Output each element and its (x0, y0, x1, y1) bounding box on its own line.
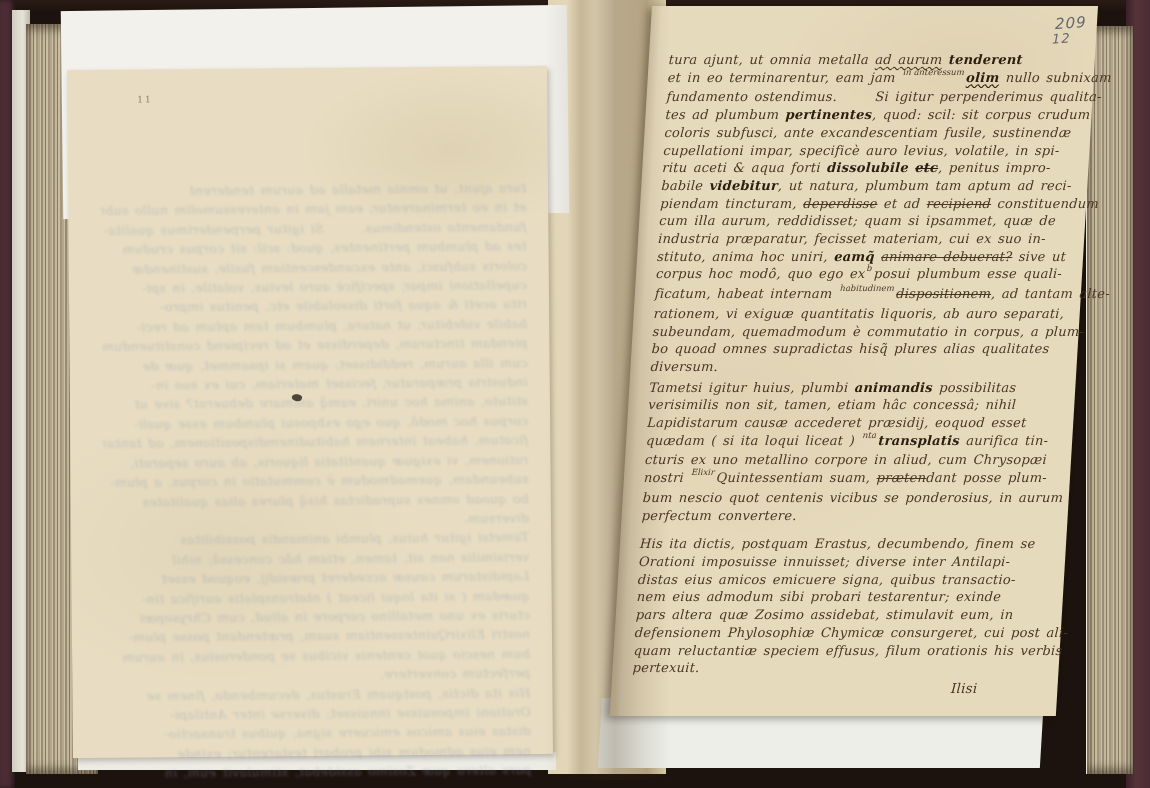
text-segment: cturis ex uno metallino corpore in aliud… (645, 453, 1048, 468)
left-page-corner-mark: 11 (137, 95, 153, 105)
manuscript-line: quædam ( si ita loqui liceat ) ntatransp… (645, 433, 1068, 453)
manuscript-line: nem eius admodum sibi probari testarentu… (636, 589, 1059, 607)
text-segment: tes ad plumbum (665, 108, 786, 123)
manuscript-line: bo quoad omnes supradictas hisq̃ plures … (651, 341, 1074, 359)
text-segment: coloris subfusci, ante excandescentiam f… (664, 126, 1072, 141)
manuscript-line: fundamento ostendimus. Si igitur perpend… (666, 89, 1089, 107)
text-segment: tenderent (948, 53, 1023, 68)
text-segment: tura ajunt, ut omnia metalla (668, 53, 875, 68)
text-segment: quædam ( si ita loqui liceat ) (646, 434, 862, 449)
text-segment: et ad (877, 197, 927, 212)
text-segment: aurifica tin- (959, 434, 1048, 449)
text-segment: nem eius admodum sibi probari testarentu… (636, 590, 1001, 605)
manuscript-line: coloris subfusci, ante excandescentiam f… (664, 125, 1087, 143)
text-segment: eamq̃ (834, 250, 875, 265)
text-segment: defensionem Phylosophiæ Chymicæ consurge… (634, 626, 1068, 641)
manuscript-line: verisimilis non sit, tamen, etiam hâc co… (648, 397, 1071, 415)
leaf-number-pencil: 12 (1052, 31, 1071, 47)
text-segment: sive ut (1012, 250, 1067, 265)
text-segment: in anteressum (903, 68, 965, 78)
text-segment: præten (876, 471, 926, 486)
text-segment: , penitus impro- (938, 161, 1051, 176)
manuscript-line: industria præparatur, fecisset materiam,… (658, 231, 1081, 249)
paragraph: His ita dictis, postquam Erastus, decumb… (632, 536, 1062, 678)
text-segment: babile (661, 179, 710, 194)
text-segment: posui plumbum esse quali- (873, 267, 1062, 282)
text-segment: recipiend (926, 197, 991, 212)
text-segment: verisimilis non sit, tamen, etiam hâc co… (648, 398, 1017, 413)
manuscript-line: quam reluctantiæ speciem effusus, filum … (633, 643, 1056, 661)
text-segment: , quod: scil: sit corpus crudum (872, 108, 1091, 123)
text-segment: Orationi imposuisse innuisset; diverse i… (638, 555, 1010, 570)
page-number-pencil: 209 (1055, 13, 1087, 33)
manuscript-line: tura ajunt, ut omnia metalla ad aurum te… (668, 52, 1091, 70)
text-segment: bum nescio quot centenis vicibus se pond… (642, 491, 1063, 506)
text-segment: possibilitas (932, 381, 1016, 396)
text-segment: quam reluctantiæ speciem effusus, filum … (633, 644, 1063, 659)
text-segment: corpus hoc modô, quo ego ex (656, 267, 866, 282)
manuscript-line: piendam tincturam, deperdisse et ad reci… (660, 196, 1083, 214)
text-segment: pars altera quæ Zosimo assidebat, stimul… (635, 608, 1013, 623)
manuscript-line: distas eius amicos emicuere signa, quibu… (637, 572, 1060, 590)
text-segment: Tametsi igitur huius, plumbi (649, 381, 855, 396)
text-segment: et in eo terminarentur, eam jam (667, 71, 902, 86)
text-segment: constituendum (991, 197, 1100, 212)
text-segment: dissolubile (827, 161, 910, 176)
text-segment: ficatum, habeat internam (654, 287, 839, 302)
manuscript-line: bum nescio quot centenis vicibus se pond… (642, 490, 1065, 508)
left-page: 11 tura ajunt, ut omnia metalla ad aurum… (67, 66, 553, 758)
manuscript-line: Lapidistarum causæ accederet præsidij, e… (647, 415, 1070, 433)
text-segment: bo quoad omnes supradictas hisq̃ plures … (651, 342, 1050, 357)
text-segment: ritu aceti & aqua forti (662, 161, 828, 176)
text-segment: stituto, anima hoc uniri, (657, 250, 835, 265)
manuscript-line: Orationi imposuisse innuisset; diverse i… (638, 554, 1061, 572)
paragraph: Tametsi igitur huius, plumbi animandis p… (641, 380, 1072, 526)
text-segment: olim (966, 71, 1000, 86)
manuscript-line: ritu aceti & aqua forti dissolubile etc,… (662, 160, 1085, 178)
manuscript-line: babile videbitur, ut natura, plumbum tam… (661, 178, 1084, 196)
text-segment: , ad tantam alte- (991, 287, 1111, 302)
text-segment: nta (862, 431, 877, 441)
text-segment: habitudinem (840, 284, 895, 294)
text-segment: nostri (643, 471, 690, 486)
bleedthrough-line: pars altera quæ Zosimo assidebat, stimul… (105, 760, 531, 783)
manuscript-line: rationem, vi exiguæ quantitatis liquoris… (653, 306, 1076, 324)
text-segment: His ita dictis, postquam Erastus, decumb… (640, 537, 1036, 552)
manuscript-line: His ita dictis, postquam Erastus, decumb… (639, 536, 1062, 554)
text-segment: transplatis (878, 434, 960, 449)
manuscript-line: ficatum, habeat internam habitudinemdisp… (654, 286, 1077, 306)
bleedthrough-text: tura ajunt, ut omnia metalla ad aurum te… (100, 178, 531, 788)
manuscript-line: defensionem Phylosophiæ Chymicæ consurge… (634, 625, 1057, 643)
text-segment: dant posse plum- (926, 471, 1048, 486)
manuscript-line: cupellationi impar, specificè auro leviu… (663, 143, 1086, 161)
text-segment: cum illa aurum, reddidisset; quam si ips… (659, 214, 1057, 229)
text-segment: animandis (854, 381, 933, 396)
text-segment: pertexuit. (632, 661, 700, 676)
page-edge-stack-right (1086, 26, 1133, 774)
text-segment: industria præparatur, fecisset materiam,… (658, 232, 1047, 247)
text-segment: cupellationi impar, specificè auro leviu… (663, 144, 1060, 159)
text-segment: distas eius amicos emicuere signa, quibu… (637, 573, 1016, 588)
manuscript-line: pertexuit. (632, 660, 1055, 678)
text-segment: Lapidistarum causæ accederet præsidij, e… (647, 416, 1027, 431)
text-segment: b (866, 264, 872, 274)
text-segment: ad aurum (875, 53, 943, 68)
text-segment: rationem, vi exiguæ quantitatis liquoris… (653, 307, 1064, 322)
text-segment: nullo subnixam (999, 71, 1112, 86)
text-segment: etc (915, 161, 939, 176)
text-segment: Elixir (691, 468, 715, 478)
text-segment: deperdisse (803, 197, 878, 212)
text-segment: fundamento ostendimus. Si igitur perpend… (666, 90, 1102, 105)
manuscript-line: Tametsi igitur huius, plumbi animandis p… (649, 380, 1072, 398)
manuscript-line: cum illa aurum, reddidisset; quam si ips… (659, 213, 1082, 231)
text-segment: dispositionem (896, 287, 992, 302)
text-segment: subeundam, quemadmodum è commutatio in c… (652, 325, 1084, 340)
paragraph: tura ajunt, ut omnia metalla ad aurum te… (650, 52, 1091, 377)
text-segment: animare debuerat? (881, 250, 1013, 265)
manuscript-line: tes ad plumbum pertinentes, quod: scil: … (665, 107, 1088, 125)
text-segment: pertinentes (785, 108, 873, 123)
catchword: Ilisi (631, 681, 1054, 699)
text-segment: perfectum convertere. (641, 509, 797, 524)
right-page: 209 12 tura ajunt, ut omnia metalla ad a… (610, 6, 1098, 716)
manuscript-line: diversum. (650, 359, 1073, 377)
manuscript-text-block: tura ajunt, ut omnia metalla ad aurum te… (631, 52, 1091, 699)
text-segment: videbitur (709, 179, 778, 194)
manuscript-line: nostri ElixirQuintessentiam suam, præten… (643, 470, 1066, 490)
text-segment: piendam tincturam, (660, 197, 804, 212)
manuscript-line: pars altera quæ Zosimo assidebat, stimul… (635, 607, 1058, 625)
manuscript-line: perfectum convertere. (641, 508, 1064, 526)
manuscript-scan: { "document": { "type": "bound manuscrip… (0, 0, 1150, 788)
manuscript-line: et in eo terminarentur, eam jam in anter… (667, 70, 1090, 90)
manuscript-line: subeundam, quemadmodum è commutatio in c… (652, 324, 1075, 342)
text-segment: diversum. (650, 360, 718, 375)
text-segment: Quintessentiam suam, (716, 471, 877, 486)
text-segment: , ut natura, plumbum tam aptum ad reci- (778, 179, 1072, 194)
